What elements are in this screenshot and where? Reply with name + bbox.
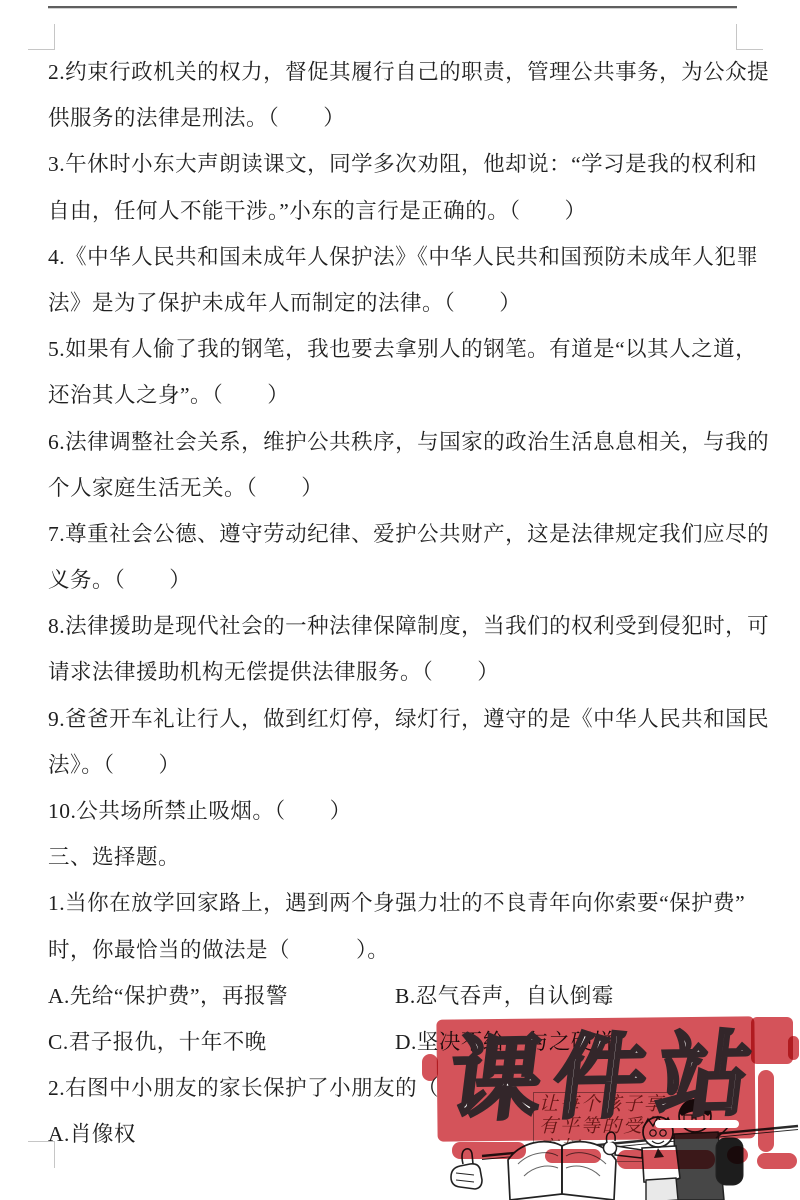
question-line: 义务。（ ） [48, 557, 782, 603]
option-c: C.君子报仇，十年不晚 [48, 1019, 395, 1065]
stamp-fringe [727, 1146, 748, 1164]
question-line: 自由，任何人不能干涉。”小东的言行是正确的。（ ） [48, 188, 782, 234]
question-line: 法》是为了保护未成年人而制定的法律。（ ） [48, 280, 782, 326]
question-line: 5.如果有人偷了我的钢笔，我也要去拿别人的钢笔。有道是“以其人之道， [48, 326, 782, 372]
stamp-fringe [757, 1153, 797, 1169]
question-line: 10.公共场所禁止吸烟。（ ） [48, 788, 782, 834]
stamp-fringe [617, 1150, 715, 1169]
option-a: A.先给“保护费”，再报警 [48, 973, 395, 1019]
question-line: 7.尊重社会公德、遵守劳动纪律、爱护公共财产，这是法律规定我们应尽的 [48, 511, 782, 557]
worksheet-page: 2.约束行政机关的权力，督促其履行自己的职责，管理公共事务，为公众提 供服务的法… [0, 0, 800, 1200]
crop-mark-top-right [736, 24, 763, 50]
question-line: 供服务的法律是刑法。（ ） [48, 95, 782, 141]
question-line: 9.爸爸开车礼让行人，做到红灯停，绿灯行，遵守的是《中华人民共和国民 [48, 696, 782, 742]
page-top-rule [48, 6, 737, 8]
question-line: 3.午休时小东大声朗读课文，同学多次劝阻，他却说：“学习是我的权利和 [48, 141, 782, 187]
question-line: 4.《中华人民共和国未成年人保护法》《中华人民共和国预防未成年人犯罪 [48, 234, 782, 280]
question-line: 法》。（ ） [48, 742, 782, 788]
stamp-text: 课件站 [443, 1023, 769, 1132]
options-row: A.先给“保护费”，再报警 B.忍气吞声，自认倒霉 [48, 973, 782, 1019]
section-heading: 三、选择题。 [48, 834, 782, 880]
option-b: B.忍气吞声，自认倒霉 [395, 973, 614, 1019]
crop-mark-top-left [28, 24, 55, 50]
question-line: 8.法律援助是现代社会的一种法律保障制度，当我们的权利受到侵犯时，可 [48, 603, 782, 649]
question-line: 时，你最恰当的做法是（ ）。 [48, 927, 782, 973]
question-line: 个人家庭生活无关。（ ） [48, 465, 782, 511]
document-text: 2.约束行政机关的权力，督促其履行自己的职责，管理公共事务，为公众提 供服务的法… [48, 49, 782, 1158]
stamp-fringe [788, 1036, 799, 1060]
stamp-fringe [452, 1142, 526, 1159]
stamp-fringe [545, 1149, 601, 1163]
question-line: 还治其人之身”。（ ） [48, 372, 782, 418]
question-line: 6.法律调整社会关系，维护公共秩序，与国家的政治生活息息相关，与我的 [48, 419, 782, 465]
question-line: 1.当你在放学回家路上，遇到两个身强力壮的不良青年向你索要“保护费” [48, 880, 782, 926]
question-line: 2.约束行政机关的权力，督促其履行自己的职责，管理公共事务，为公众提 [48, 49, 782, 95]
question-line: 请求法律援助机构无偿提供法律服务。（ ） [48, 649, 782, 695]
stamp-fringe [422, 1054, 438, 1081]
